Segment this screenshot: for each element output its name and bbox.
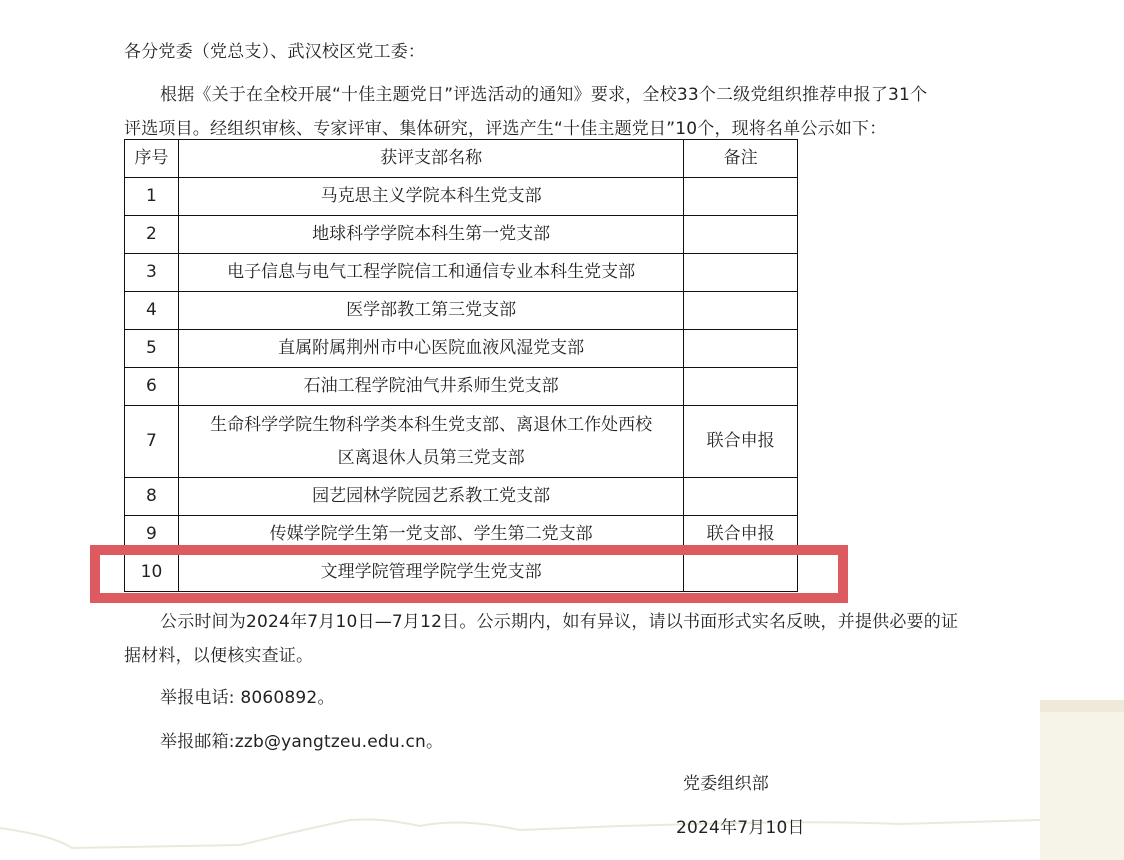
report-phone: 举报电话: 8060892。 [160, 683, 335, 708]
notice-line2: 据材料，以便核实查证。 [124, 641, 313, 666]
date: 2024年7月10日 [676, 813, 805, 838]
table-row: 5 直属附属荆州市中心医院血液风湿党支部 [125, 330, 798, 368]
row-branch-name: 马克思主义学院本科生党支部 [178, 178, 683, 216]
row-note [684, 478, 798, 516]
row-branch-name: 生命科学学院生物科学类本科生党支部、离退休工作处西校 区离退休人员第三党支部 [178, 406, 683, 478]
table-header-row: 序号 获评支部名称 备注 [125, 140, 798, 178]
row-note [684, 292, 798, 330]
row-branch-name: 文理学院管理学院学生党支部 [178, 554, 683, 592]
header-branch-name: 获评支部名称 [178, 140, 683, 178]
row-branch-name: 医学部教工第三党支部 [178, 292, 683, 330]
table-row: 9 传媒学院学生第一党支部、学生第二党支部 联合申报 [125, 516, 798, 554]
table-row: 1 马克思主义学院本科生党支部 [125, 178, 798, 216]
award-list-table: 序号 获评支部名称 备注 1 马克思主义学院本科生党支部 2 地球科学学院本科生… [124, 139, 798, 592]
row-branch-name-line1: 生命科学学院生物科学类本科生党支部、离退休工作处西校 [179, 414, 683, 437]
row-branch-name: 园艺园林学院园艺系教工党支部 [178, 478, 683, 516]
table-row: 2 地球科学学院本科生第一党支部 [125, 216, 798, 254]
row-note [684, 554, 798, 592]
table-row: 8 园艺园林学院园艺系教工党支部 [125, 478, 798, 516]
table-row-highlighted: 10 文理学院管理学院学生党支部 [125, 554, 798, 592]
row-note: 联合申报 [684, 516, 798, 554]
row-no: 6 [125, 368, 179, 406]
report-email: 举报邮箱:zzb@yangtzeu.edu.cn。 [160, 727, 443, 752]
intro-paragraph-line2: 评选项目。经组织审核、专家评审、集体研究，评选产生“十佳主题党日”10个，现将名… [124, 114, 886, 139]
row-note [684, 216, 798, 254]
row-note [684, 178, 798, 216]
row-no: 7 [125, 406, 179, 478]
row-branch-name: 地球科学学院本科生第一党支部 [178, 216, 683, 254]
row-no: 10 [125, 554, 179, 592]
table-row: 6 石油工程学院油气井系师生党支部 [125, 368, 798, 406]
table-row: 4 医学部教工第三党支部 [125, 292, 798, 330]
row-branch-name: 石油工程学院油气井系师生党支部 [178, 368, 683, 406]
row-note: 联合申报 [684, 406, 798, 478]
header-no: 序号 [125, 140, 179, 178]
row-no: 1 [125, 178, 179, 216]
row-no: 5 [125, 330, 179, 368]
row-branch-name: 电子信息与电气工程学院信工和通信专业本科生党支部 [178, 254, 683, 292]
table-row: 7 生命科学学院生物科学类本科生党支部、离退休工作处西校 区离退休人员第三党支部… [125, 406, 798, 478]
row-no: 2 [125, 216, 179, 254]
row-note [684, 368, 798, 406]
notice-line1: 公示时间为2024年7月10日—7月12日。公示期内，如有异议，请以书面形式实名… [160, 607, 958, 632]
row-no: 8 [125, 478, 179, 516]
row-branch-name: 传媒学院学生第一党支部、学生第二党支部 [178, 516, 683, 554]
row-no: 4 [125, 292, 179, 330]
row-branch-name: 直属附属荆州市中心医院血液风湿党支部 [178, 330, 683, 368]
row-note [684, 254, 798, 292]
row-branch-name-line2: 区离退休人员第三党支部 [179, 447, 683, 470]
row-no: 3 [125, 254, 179, 292]
table-row: 3 电子信息与电气工程学院信工和通信专业本科生党支部 [125, 254, 798, 292]
header-note: 备注 [684, 140, 798, 178]
row-no: 9 [125, 516, 179, 554]
row-note [684, 330, 798, 368]
salutation: 各分党委（党总支）、武汉校区党工委： [124, 37, 425, 62]
signature: 党委组织部 [683, 769, 769, 794]
intro-paragraph-line1: 根据《关于在全校开展“十佳主题党日”评选活动的通知》要求，全校33个二级党组织推… [160, 80, 927, 105]
